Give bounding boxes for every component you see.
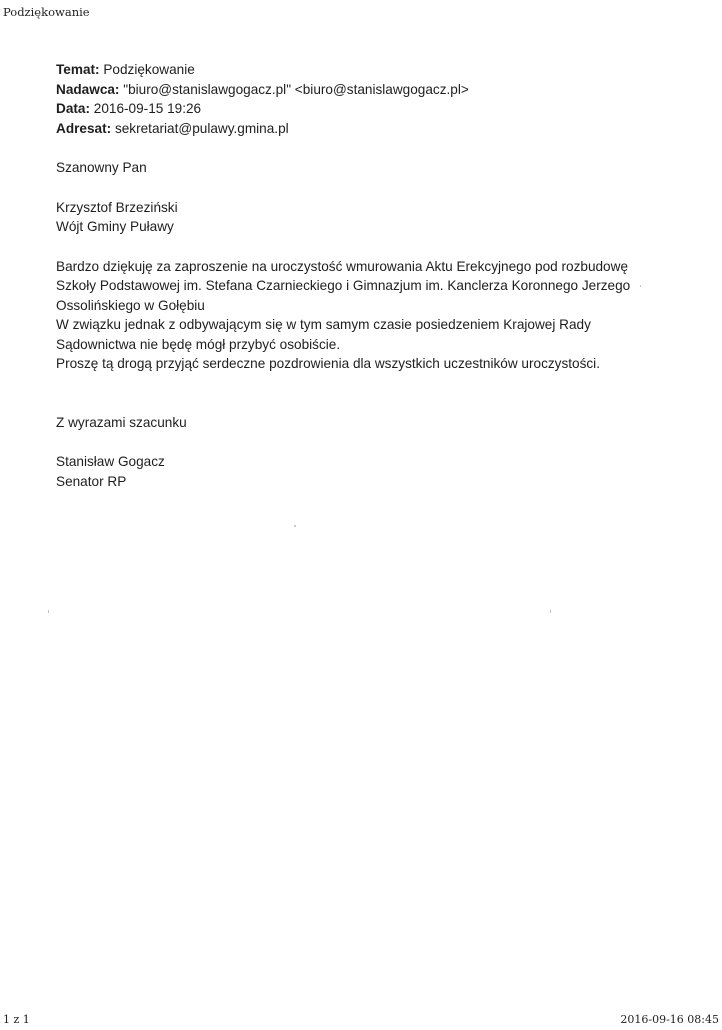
signature-title: Senator RP xyxy=(56,472,696,492)
recipient-row: Adresat: sekretariat@pulawy.gmina.pl xyxy=(56,119,696,139)
date-value: 2016-09-15 19:26 xyxy=(94,101,201,116)
subject-row: Temat: Podziękowanie xyxy=(56,60,696,80)
scan-speck xyxy=(48,610,49,613)
recipient-value: sekretariat@pulawy.gmina.pl xyxy=(115,121,289,136)
sender-label: Nadawca: xyxy=(56,82,119,97)
message-paragraph: Bardzo dziękuję za zaproszenie na uroczy… xyxy=(56,257,696,374)
subject-value: Podziękowanie xyxy=(103,62,194,77)
sender-row: Nadawca: "biuro@stanislawgogacz.pl" <biu… xyxy=(56,80,696,100)
paragraph-line: W związku jednak z odbywającym się w tym… xyxy=(56,315,696,335)
paragraph-line: Bardzo dziękuję za zaproszenie na uroczy… xyxy=(56,257,696,277)
recipient-label: Adresat: xyxy=(56,121,111,136)
addressee-name: Krzysztof Brzeziński xyxy=(56,198,696,218)
closing: Z wyrazami szacunku xyxy=(56,413,696,433)
paragraph-line: Proszę tą drogą przyjąć serdeczne pozdro… xyxy=(56,354,696,374)
email-message: Temat: Podziękowanie Nadawca: "biuro@sta… xyxy=(56,60,696,491)
paragraph-line: Szkoły Podstawowej im. Stefana Czarnieck… xyxy=(56,276,696,296)
sender-value: "biuro@stanislawgogacz.pl" <biuro@stanis… xyxy=(123,82,469,97)
scan-speck xyxy=(294,525,296,527)
greeting: Szanowny Pan xyxy=(56,158,696,178)
date-label: Data: xyxy=(56,101,90,116)
page-counter: 1 z 1 xyxy=(3,1013,30,1026)
subject-label: Temat: xyxy=(56,62,100,77)
paragraph-line: Sądownictwa nie będę mógł przybyć osobiś… xyxy=(56,335,696,355)
scan-speck xyxy=(640,285,641,287)
signature-name: Stanisław Gogacz xyxy=(56,452,696,472)
date-row: Data: 2016-09-15 19:26 xyxy=(56,99,696,119)
print-timestamp: 2016-09-16 08:45 xyxy=(620,1013,719,1026)
addressee-title: Wójt Gminy Puławy xyxy=(56,217,696,237)
paragraph-line: Ossolińskiego w Gołębiu xyxy=(56,296,696,316)
print-page-title: Podziękowanie xyxy=(3,5,90,19)
scan-speck xyxy=(550,610,551,613)
